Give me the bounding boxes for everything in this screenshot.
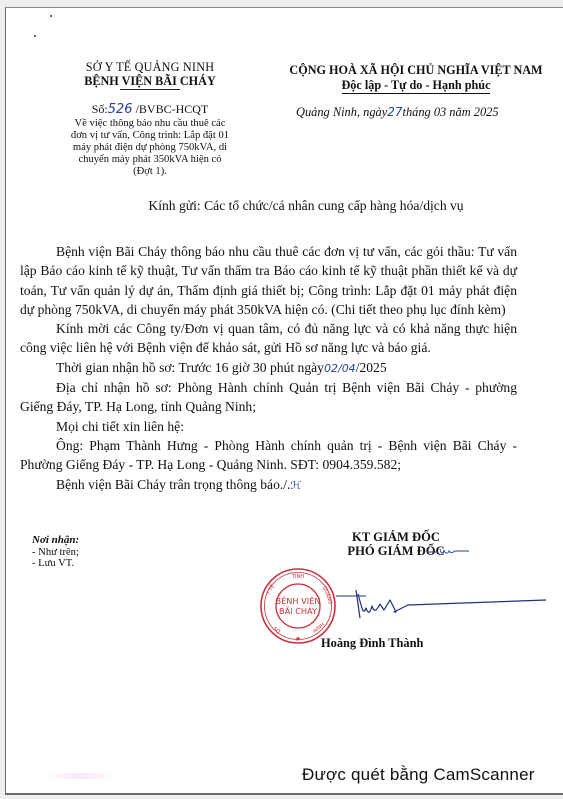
hospital-name: BỆNH VIỆN BÃI CHÁY	[74, 74, 226, 88]
signer-name: Hoàng Đình Thành	[321, 636, 471, 651]
scan-speck	[50, 15, 52, 17]
body-paragraph-closing: Bệnh viện Bãi Cháy trân trọng thông báo.…	[20, 475, 517, 495]
recipients-title: Nơi nhận:	[32, 535, 182, 547]
deadline-label: Thời gian nhận hồ sơ: Trước 16 giờ 30 ph…	[56, 360, 324, 375]
doc-number-label: Số:	[92, 102, 108, 116]
document-subject: Về việc thông báo nhu cầu thuê các đơn v…	[69, 118, 231, 178]
recipients-block: Nơi nhận: - Như trên; - Lưu VT.	[32, 535, 182, 570]
issuer-header: SỞ Y TẾ QUẢNG NINH BỆNH VIỆN BÃI CHÁY	[74, 60, 226, 90]
document-number: Số:526 /BVBC-HCQT	[74, 102, 226, 117]
signature-title-line1: KT GIÁM ĐỐC	[306, 530, 486, 544]
deadline-year: /2025	[356, 360, 387, 375]
scan-smudge	[46, 773, 116, 779]
deadline-day-handwritten: 02	[324, 362, 338, 375]
header-underline	[120, 89, 180, 90]
svg-text:BÃI CHÁY: BÃI CHÁY	[279, 605, 318, 616]
initial-mark-icon	[426, 546, 470, 556]
svg-text:★: ★	[295, 635, 301, 643]
doc-number-handwritten: 526	[108, 102, 133, 117]
date-prefix: Quảng Ninh, ngày	[296, 105, 387, 119]
greeting: Kính gửi: Các tổ chức/cá nhân cung cấp h…	[106, 198, 506, 214]
date-suffix: tháng 03 năm 2025	[403, 105, 499, 119]
closing-text: Bệnh viện Bãi Cháy trân trọng thông báo.…	[56, 477, 290, 492]
camscanner-watermark: Được quét bằng CamScanner	[302, 765, 563, 785]
nation-title: CỘNG HOÀ XÃ HỘI CHỦ NGHĨA VIỆT NAM	[271, 63, 561, 78]
body-paragraph-announcement: Bệnh viện Bãi Cháy thông báo nhu cầu thu…	[20, 242, 517, 319]
doc-number-code: /BVBC-HCQT	[136, 102, 209, 116]
scan-speck	[34, 35, 36, 37]
body-paragraph-deadline: Thời gian nhận hồ sơ: Trước 16 giờ 30 ph…	[20, 358, 517, 378]
closing-initial: ℋ	[290, 479, 301, 492]
body-paragraph-invitation: Kính mời các Công ty/Đơn vị quan tâm, có…	[20, 319, 517, 358]
recipient-item: - Như trên;	[32, 547, 182, 559]
ministry-name: SỞ Y TẾ QUẢNG NINH	[74, 60, 226, 74]
hospital-seal-icon: TỈNH BỆNH VIỆN BÃI CHÁY Y TẾ QUẢNG SỞ NI…	[259, 567, 337, 645]
date-day-handwritten: 27	[387, 105, 402, 119]
recipient-item: - Lưu VT.	[32, 558, 182, 570]
date-line: Quảng Ninh, ngày27tháng 03 năm 2025	[296, 105, 556, 120]
national-header: CỘNG HOÀ XÃ HỘI CHỦ NGHĨA VIỆT NAM Độc l…	[271, 63, 561, 94]
body-paragraph-address: Địa chỉ nhận hồ sơ: Phòng Hành chính Quả…	[20, 378, 517, 417]
body-paragraph-contact: Ông: Phạm Thành Hưng - Phòng Hành chính …	[20, 436, 517, 475]
scanned-document-page: SỞ Y TẾ QUẢNG NINH BỆNH VIỆN BÃI CHÁY Số…	[5, 7, 563, 795]
deadline-month-handwritten: 04	[342, 362, 356, 375]
body-paragraph-contact-intro: Mọi chi tiết xin liên hệ:	[20, 417, 517, 436]
national-motto: Độc lập - Tự do - Hạnh phúc	[342, 78, 491, 94]
document-body: Bệnh viện Bãi Cháy thông báo nhu cầu thu…	[20, 242, 517, 495]
svg-text:TỈNH: TỈNH	[291, 572, 304, 580]
handwritten-signature-icon	[336, 588, 546, 628]
